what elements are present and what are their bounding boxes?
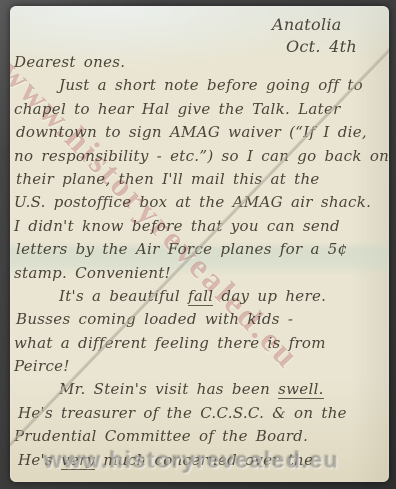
letter-line-segment: It's a beautiful (59, 287, 188, 305)
letter-line-segment: Prudential Committee of the Board. (14, 427, 308, 445)
letter-line-segment: downtown to sign AMAG waiver (“If I die, (16, 123, 367, 141)
letter-line: It's a beautiful fall day up here. (14, 285, 389, 308)
letter-line: Prudential Committee of the Board. (14, 425, 389, 448)
letter-line: their plane, then I'll mail this at the (14, 168, 389, 191)
letter-line-segment: He's treasurer of the C.C.S.C. & on the (18, 404, 347, 422)
letter-line: letters by the Air Force planes for a 5¢ (14, 238, 389, 261)
letter-line-segment: day up here. (213, 287, 326, 305)
letter-line: downtown to sign AMAG waiver (“If I die, (14, 121, 389, 144)
letter-line-segment: Mr. Stein's visit has been (59, 380, 278, 398)
letter-line-segment: swell. (278, 380, 324, 399)
letter-line-segment: no responsibility - etc.”) so I can go b… (14, 147, 389, 165)
letter-line: Peirce! (14, 355, 389, 378)
letter-line: chapel to hear Hal give the Talk. Later (14, 98, 389, 121)
letter-line-segment: U.S. postoffice box at the AMAG air shac… (14, 193, 371, 211)
letter-line: stamp. Convenient! (14, 262, 389, 285)
letter-line-segment: their plane, then I'll mail this at the (16, 170, 320, 188)
letter-line-segment: Dearest ones. (14, 53, 125, 71)
letter-line-segment: letters by the Air Force planes for a 5¢ (16, 240, 348, 258)
letter-line: Mr. Stein's visit has been swell. (14, 378, 389, 401)
letter-line-segment: Busses coming loaded with kids - (16, 310, 293, 328)
letter-line-segment: very (61, 451, 95, 470)
scanned-letter: www.historyrevealed.eu Anatolia Oct. 4th… (0, 0, 396, 489)
letter-line-segment: what a different feeling there is from (14, 334, 326, 352)
letter-paper: www.historyrevealed.eu Anatolia Oct. 4th… (10, 6, 389, 482)
letter-line: I didn't know before that you can send (14, 215, 389, 238)
letter-line: He's treasurer of the C.C.S.C. & on the (14, 402, 389, 425)
letter-line-segment: stamp. Convenient! (14, 264, 171, 282)
letter-line-segment: Just a short note before going off to (59, 76, 363, 94)
letter-line-segment: Peirce! (14, 357, 70, 375)
letter-line: U.S. postoffice box at the AMAG air shac… (14, 191, 389, 214)
letter-line: what a different feeling there is from (14, 332, 389, 355)
letter-body: Dearest ones.Just a short note before go… (14, 51, 389, 472)
letter-line-segment: chapel to hear Hal give the Talk. Later (14, 100, 341, 118)
letter-line: Just a short note before going off to (14, 74, 389, 97)
letter-location: Anatolia (272, 15, 342, 34)
letter-line-segment: I didn't know before that you can send (14, 217, 340, 235)
letter-line-segment: He's (18, 451, 61, 469)
letter-line: Busses coming loaded with kids - (14, 308, 389, 331)
letter-line-segment: much concerned over the (95, 451, 313, 469)
letter-line: Dearest ones. (14, 51, 389, 74)
letter-line-segment: fall (188, 287, 213, 306)
letter-line: He's very much concerned over the (14, 449, 389, 472)
letter-line: no responsibility - etc.”) so I can go b… (14, 145, 389, 168)
